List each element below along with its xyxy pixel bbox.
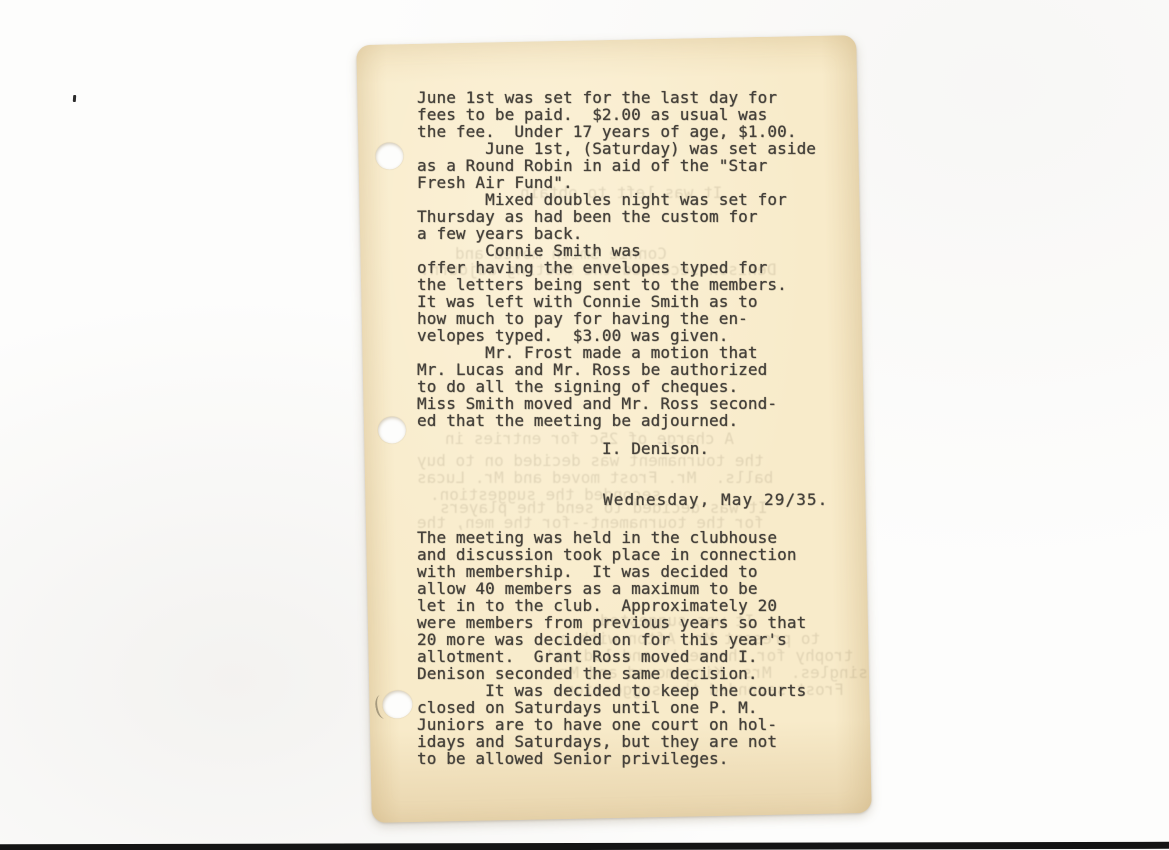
text-line: June 1st, (Saturday) was set aside xyxy=(417,140,816,157)
text-line: Connie Smith was xyxy=(417,242,816,259)
text-line: Fresh Air Fund". xyxy=(417,174,816,191)
text-line: Miss Smith moved and Mr. Ross second- xyxy=(417,395,816,412)
text-line: Mr. Lucas and Mr. Ross be authorized xyxy=(417,361,816,378)
text-line: the letters being sent to the members. xyxy=(417,276,816,293)
text-line: and discussion took place in connection xyxy=(417,546,806,563)
signature-line: I. Denison. xyxy=(602,440,709,457)
text-line: It was decided to keep the courts xyxy=(417,682,806,699)
text-line: June 1st was set for the last day for xyxy=(417,89,816,106)
text-line: the fee. Under 17 years of age, $1.00. xyxy=(417,123,816,140)
paragraph-fees-and-events: June 1st was set for the last day forfee… xyxy=(417,89,816,429)
text-line: ed that the meeting be adjourned. xyxy=(417,412,816,429)
text-line: Thursday as had been the custom for xyxy=(417,208,816,225)
text-line: idays and Saturdays, but they are not xyxy=(417,733,806,750)
scanner-edge-bar xyxy=(0,842,1169,850)
text-line: Mr. Frost made a motion that xyxy=(417,344,816,361)
text-line: how much to pay for having the en- xyxy=(417,310,816,327)
date-heading: Wednesday, May 29/35. xyxy=(603,491,828,508)
text-line: let in to the club. Approximately 20 xyxy=(417,597,806,614)
text-line: Juniors are to have one court on hol- xyxy=(417,716,806,733)
text-line: Mixed doubles night was set for xyxy=(417,191,816,208)
text-line: It was left with Connie Smith as to xyxy=(417,293,816,310)
text-line: with membership. It was decided to xyxy=(417,563,806,580)
text-line: closed on Saturdays until one P. M. xyxy=(417,699,806,716)
text-line: to do all the signing of cheques. xyxy=(417,378,816,395)
text-line: allotment. Grant Ross moved and I. xyxy=(417,648,806,665)
text-line: 20 more was decided on for this year's xyxy=(417,631,806,648)
typed-text-layer: June 1st was set for the last day forfee… xyxy=(0,0,1169,850)
text-line: velopes typed. $3.00 was given. xyxy=(417,327,816,344)
scanned-document: It was left to obtainConnie Smith moved … xyxy=(0,0,1169,850)
text-line: Denison seconded the same decision. xyxy=(417,665,806,682)
text-line: offer having the envelopes typed for xyxy=(417,259,816,276)
text-line: a few years back. xyxy=(417,225,816,242)
text-line: to be allowed Senior privileges. xyxy=(417,750,806,767)
text-line: allow 40 members as a maximum to be xyxy=(417,580,806,597)
text-line: fees to be paid. $2.00 as usual was xyxy=(417,106,816,123)
paragraph-membership-meeting: The meeting was held in the clubhouseand… xyxy=(417,529,806,767)
text-line: were members from previous years so that xyxy=(417,614,806,631)
text-line: The meeting was held in the clubhouse xyxy=(417,529,806,546)
text-line: as a Round Robin in aid of the "Star xyxy=(417,157,816,174)
